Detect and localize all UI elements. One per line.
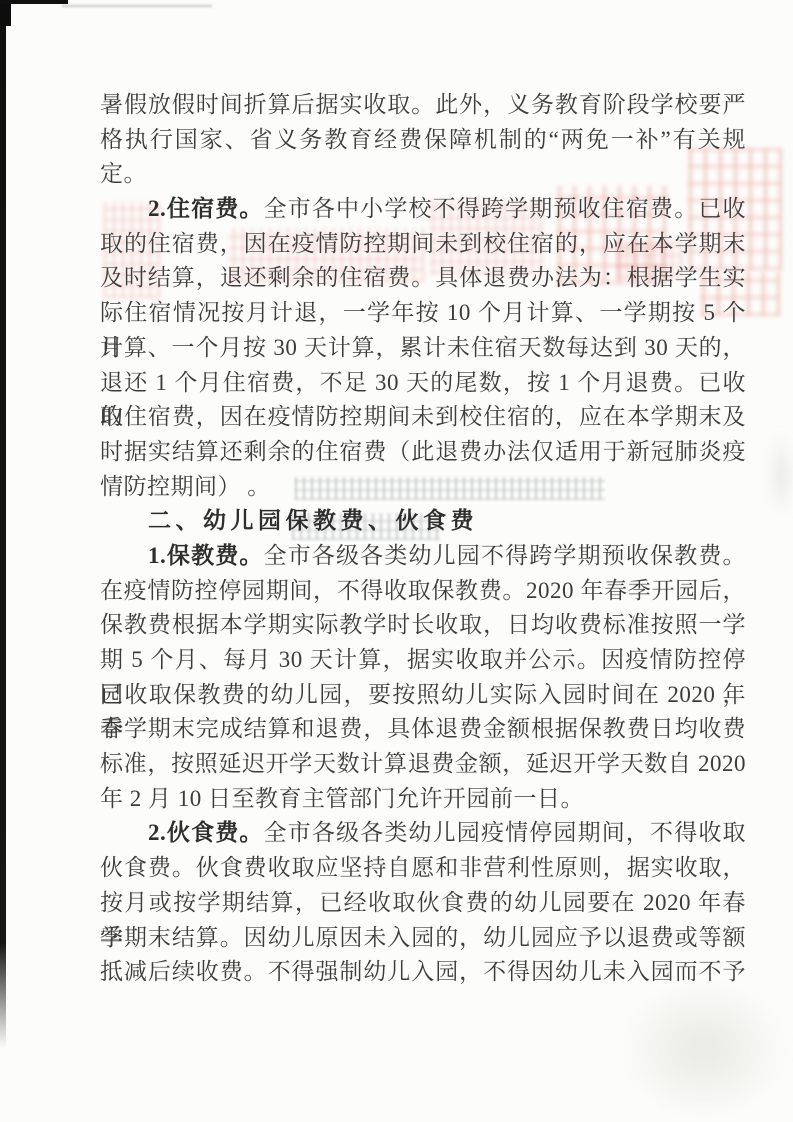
line-text: 的住宿费，因在疫情防控期间未到校住宿的，应在本学期末及: [100, 404, 746, 429]
scan-edge-top: [0, 0, 68, 4]
line-text: 全市各中小学校不得跨学期预收住宿费。已收: [264, 196, 746, 221]
text-line: 抵减后续收费。不得强制幼儿入园，不得因幼儿未入园而不予: [100, 955, 746, 990]
text-line: 格执行国家、省义务教育经费保障机制的“两免一补”有关规: [100, 123, 746, 158]
text-line: 计算、一个月按 30 天计算，累计未住宿天数每达到 30 天的，: [100, 331, 746, 366]
text-line: 伙食费。伙食费收取应坚持自愿和非营利性原则，据实收取，: [100, 851, 746, 886]
line-text: 定。: [100, 161, 147, 186]
line-text: 时据实结算还剩余的住宿费（此退费办法仅适用于新冠肺炎疫: [100, 439, 746, 464]
text-line: 2.住宿费。全市各中小学校不得跨学期预收住宿费。已收: [100, 192, 746, 227]
line-text: 学期末结算。因幼儿原因未入园的，幼儿园应予以退费或等额: [100, 925, 746, 950]
line-text: 抵减后续收费。不得强制幼儿入园，不得因幼儿未入园而不予: [100, 959, 746, 984]
text-line: 定。: [100, 157, 746, 192]
scan-smudge: [618, 978, 790, 1120]
line-text: 及时结算，退还剩余的住宿费。具体退费办法为：根据学生实: [100, 265, 746, 290]
text-line: 的住宿费，因在疫情防控期间未到校住宿的，应在本学期末及: [100, 400, 746, 435]
section-heading: 二、幼儿园保教费、伙食费: [100, 504, 746, 539]
bold-lead: 2.住宿费。: [148, 196, 264, 221]
text-line: 暑假放假时间折算后据实收取。此外，义务教育阶段学校要严: [100, 88, 746, 123]
line-text: 伙食费。伙食费收取应坚持自愿和非营利性原则，据实收取，: [100, 855, 746, 880]
text-line: 情防控期间） 。: [100, 470, 746, 505]
line-text: 格执行国家、省义务教育经费保障机制的“两免一补”有关规: [100, 127, 746, 152]
scan-edge-left: [0, 0, 6, 1048]
text-line: 按月或按学期结算，已经收取伙食费的幼儿园要在 2020 年春季: [100, 886, 746, 921]
line-text: 暑假放假时间折算后据实收取。此外，义务教育阶段学校要严: [100, 92, 746, 117]
line-text: 保教费根据本学期实际教学时长收取，日均收费标准按照一学: [100, 612, 746, 637]
text-line: 1.保教费。全市各级各类幼儿园不得跨学期预收保教费。: [100, 539, 746, 574]
bold-lead: 1.保教费。: [148, 543, 264, 568]
text-line: 保教费根据本学期实际教学时长收取，日均收费标准按照一学: [100, 608, 746, 643]
text-line: 季学期末完成结算和退费，具体退费金额根据保教费日均收费: [100, 712, 746, 747]
line-text: 年 2 月 10 日至教育主管部门允许开园前一日。: [100, 786, 584, 811]
line-text: 在疫情防控停园期间，不得收取保教费。2020 年春季开园后，: [100, 578, 746, 603]
line-text: 计算、一个月按 30 天计算，累计未住宿天数每达到 30 天的，: [100, 335, 746, 360]
text-line: 取的住宿费，因在疫情防控期间未到校住宿的，应在本学期末: [100, 227, 746, 262]
line-text: 情防控期间） 。: [100, 474, 271, 499]
bold-lead: 2.伙食费。: [148, 820, 264, 845]
line-text: 全市各级各类幼儿园不得跨学期预收保教费。: [264, 543, 746, 568]
text-line: 际住宿情况按月计退，一学年按 10 个月计算、一学期按 5 个月: [100, 296, 746, 331]
text-line: 2.伙食费。全市各级各类幼儿园疫情停园期间，不得收取: [100, 816, 746, 851]
line-text: 全市各级各类幼儿园疫情停园期间，不得收取: [264, 820, 746, 845]
text-line: 标准，按照延迟开学天数计算退费金额，延迟开学天数自 2020: [100, 747, 746, 782]
line-text: 标准，按照延迟开学天数计算退费金额，延迟开学天数自 2020: [100, 751, 746, 776]
text-line: 退还 1 个月住宿费，不足 30 天的尾数，按 1 个月退费。已收取: [100, 366, 746, 401]
line-text: 季学期末完成结算和退费，具体退费金额根据保教费日均收费: [100, 716, 746, 741]
text-line: 年 2 月 10 日至教育主管部门允许开园前一日。: [100, 782, 746, 817]
text-line: 在疫情防控停园期间，不得收取保教费。2020 年春季开园后，: [100, 574, 746, 609]
line-text: 取的住宿费，因在疫情防控期间未到校住宿的，应在本学期末: [100, 231, 746, 256]
text-line: 期 5 个月、每月 30 天计算，据实收取并公示。因疫情防控停园，: [100, 643, 746, 678]
scanned-document-page: 暑假放假时间折算后据实收取。此外，义务教育阶段学校要严格执行国家、省义务教育经费…: [0, 0, 793, 1122]
text-line: 学期末结算。因幼儿原因未入园的，幼儿园应予以退费或等额: [100, 921, 746, 956]
scan-smudge: [770, 430, 792, 520]
heading-text: 二、幼儿园保教费、伙食费: [148, 508, 478, 533]
text-line: 已收取保教费的幼儿园，要按照幼儿实际入园时间在 2020 年春: [100, 678, 746, 713]
document-body: 暑假放假时间折算后据实收取。此外，义务教育阶段学校要严格执行国家、省义务教育经费…: [100, 88, 746, 990]
scan-edge-top-faint: [62, 5, 212, 7]
text-line: 及时结算，退还剩余的住宿费。具体退费办法为：根据学生实: [100, 261, 746, 296]
text-line: 时据实结算还剩余的住宿费（此退费办法仅适用于新冠肺炎疫: [100, 435, 746, 470]
